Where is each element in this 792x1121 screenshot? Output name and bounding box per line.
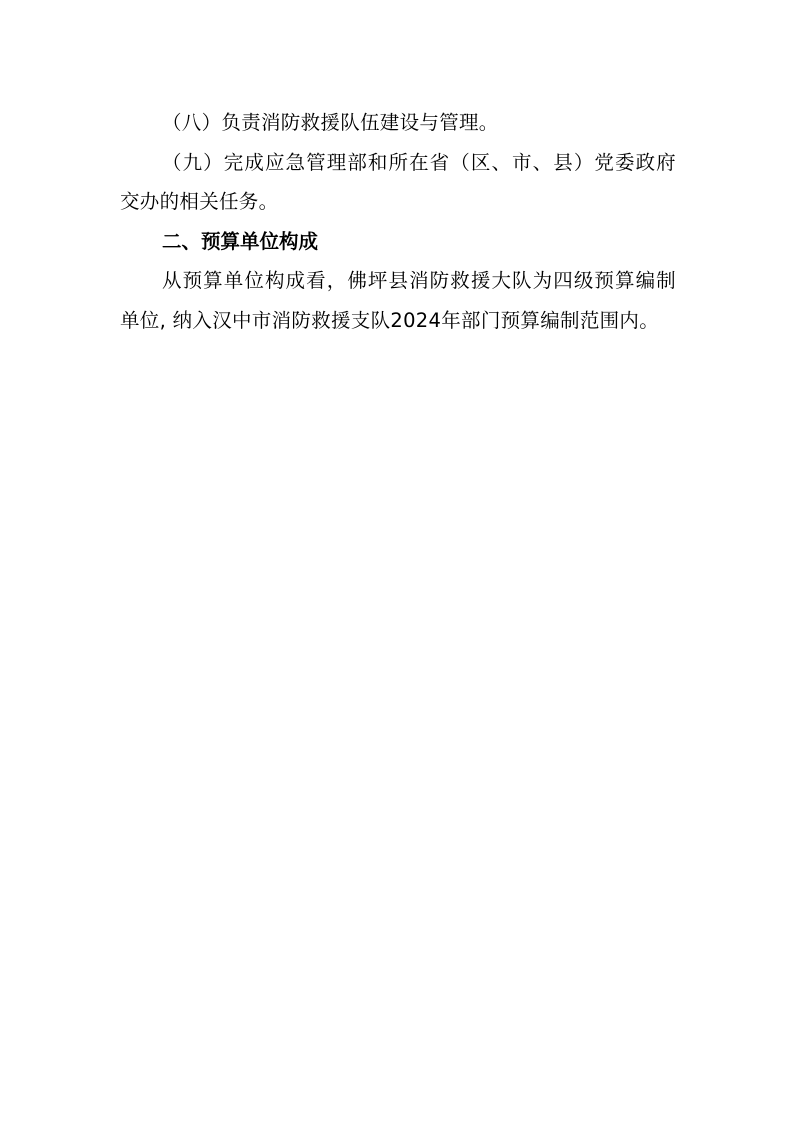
paragraph-item-9: （九）完成应急管理部和所在省（区、市、县）党委政府交办的相关任务。 — [120, 143, 676, 222]
section-body: 从预算单位构成看，佛坪县消防救援大队为四级预算编制单位, 纳入汉中市消防救援支队… — [120, 261, 676, 340]
paragraph-item-8: （八）负责消防救援队伍建设与管理。 — [120, 103, 676, 143]
document-page: （八）负责消防救援队伍建设与管理。 （九）完成应急管理部和所在省（区、市、县）党… — [120, 103, 676, 340]
section-heading: 二、预算单位构成 — [120, 222, 676, 262]
